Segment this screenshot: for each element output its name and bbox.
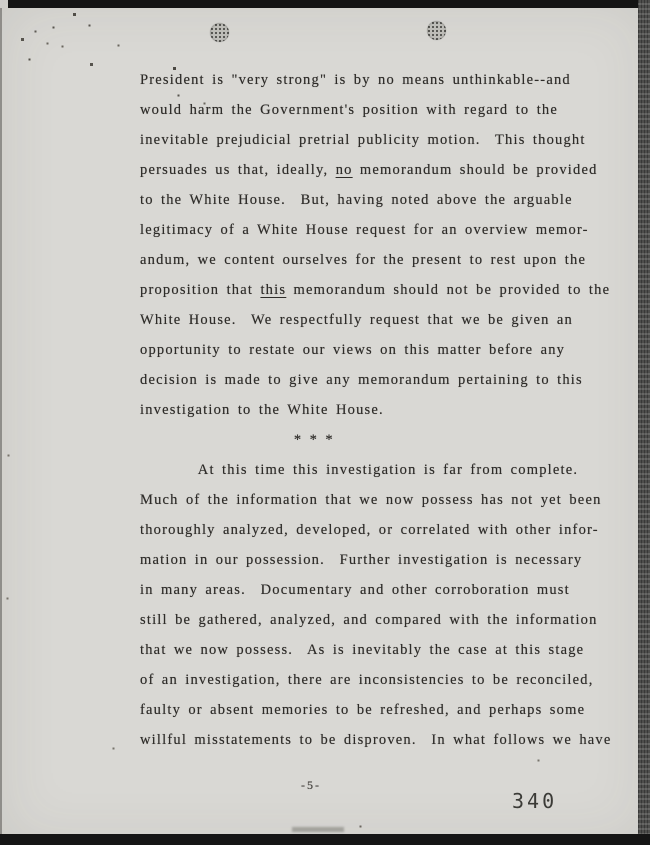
text-line: White House. We respectfully request tha…: [140, 305, 625, 335]
text-line: andum, we content ourselves for the pres…: [140, 245, 625, 275]
text-line: At this time this investigation is far f…: [140, 455, 625, 485]
scan-edge-top: [8, 0, 650, 8]
text-line: President is "very strong" is by no mean…: [140, 65, 625, 95]
text-line: proposition that this memorandum should …: [140, 275, 625, 305]
page-number: -5-: [301, 778, 321, 793]
scan-smudge: [292, 827, 344, 832]
archive-stamp-number: 340: [512, 789, 557, 813]
text-line: to the White House. But, having noted ab…: [140, 185, 625, 215]
scan-edge-right: [638, 0, 650, 845]
text-line: would harm the Government's position wit…: [140, 95, 625, 125]
scan-edge-bottom: [0, 834, 650, 845]
scan-speckles: [0, 0, 1, 1]
document-body: President is "very strong" is by no mean…: [140, 65, 625, 755]
text-line: still be gathered, analyzed, and compare…: [140, 605, 625, 635]
scan-edge-left: [0, 8, 2, 834]
binder-hole-icon: [210, 23, 229, 42]
binder-hole-icon: [427, 21, 446, 40]
text-line: * * *: [140, 425, 625, 455]
text-line: inevitable prejudicial pretrial publicit…: [140, 125, 625, 155]
text-line: of an investigation, there are inconsist…: [140, 665, 625, 695]
text-line: legitimacy of a White House request for …: [140, 215, 625, 245]
text-line: investigation to the White House.: [140, 395, 625, 425]
text-line: persuades us that, ideally, no memorandu…: [140, 155, 625, 185]
text-line: willful misstatements to be disproven. I…: [140, 725, 625, 755]
text-line: decision is made to give any memorandum …: [140, 365, 625, 395]
scanned-document-page: President is "very strong" is by no mean…: [0, 0, 650, 845]
text-line: opportunity to restate our views on this…: [140, 335, 625, 365]
text-line: that we now possess. As is inevitably th…: [140, 635, 625, 665]
text-line: faulty or absent memories to be refreshe…: [140, 695, 625, 725]
text-line: mation in our possession. Further invest…: [140, 545, 625, 575]
text-line: Much of the information that we now poss…: [140, 485, 625, 515]
text-line: in many areas. Documentary and other cor…: [140, 575, 625, 605]
text-line: thoroughly analyzed, developed, or corre…: [140, 515, 625, 545]
